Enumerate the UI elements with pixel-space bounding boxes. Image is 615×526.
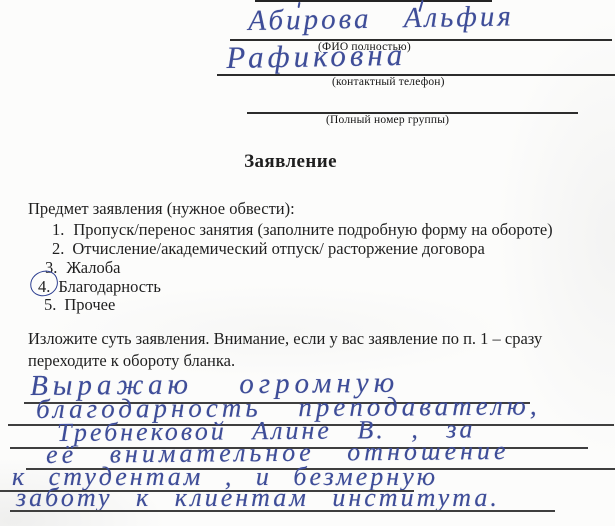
handwritten-statement-line: заботу к клиентам института.	[16, 485, 500, 511]
handwritten-full-name: Абирова Альфия	[248, 2, 514, 36]
subject-option-1: 1.Пропуск/перенос занятия (заполните под…	[52, 220, 553, 240]
option-number: 2.	[52, 239, 64, 259]
option-label: Благодарность	[58, 277, 160, 296]
option-label: Жалоба	[66, 258, 120, 277]
subject-option-3: 3.Жалоба	[45, 258, 120, 278]
scanned-application-form: Абирова Альфия (ФИО полностью) Рафиковна…	[0, 0, 615, 526]
option-label: Прочее	[64, 295, 115, 314]
option-number: 5.	[44, 295, 56, 315]
subject-prompt: Предмет заявления (нужное обвести):	[28, 199, 295, 219]
option-number: 1.	[52, 220, 64, 240]
subject-option-2: 2.Отчисление/академический отпуск/ расто…	[52, 239, 485, 259]
subject-option-5: 5.Прочее	[44, 295, 115, 315]
phone-field-label: (контактный телефон)	[332, 76, 445, 88]
instruction-text: Изложите суть заявления. Внимание, если …	[28, 328, 542, 371]
option-label: Пропуск/перенос занятия (заполните подро…	[73, 220, 552, 239]
handwritten-patronymic: Рафиковна	[226, 39, 406, 73]
writing-line	[10, 510, 555, 512]
document-title: Заявление	[0, 151, 581, 173]
instruction-line-1: Изложите суть заявления. Внимание, если …	[28, 328, 542, 350]
option-label: Отчисление/академический отпуск/ расторж…	[72, 239, 484, 258]
group-field-label: (Полный номер группы)	[326, 114, 449, 126]
